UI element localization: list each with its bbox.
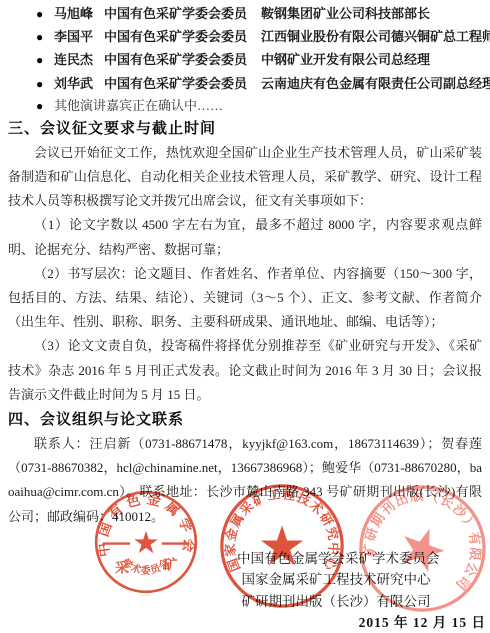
speaker-name: 李国平	[54, 25, 104, 48]
document-body: ● 马旭峰 中国有色采矿学委会委员 鞍钢集团矿业公司科技部部长 ● 李国平 中国…	[0, 0, 490, 529]
speaker-row: ● 刘华武 中国有色采矿学委会委员 云南迪庆有色金属有限责任公司副总经理	[8, 72, 482, 95]
seal-caikuang-committee: 中国有色金属学会 ★ 采 矿 学术委员会	[93, 489, 199, 595]
speaker-role: 中国有色采矿学委会委员	[104, 72, 247, 95]
star-icon: ★	[132, 525, 160, 561]
speaker-role: 中国有色采矿学委会委员	[104, 48, 247, 71]
speaker-note-row: ● 其他演讲嘉宾正在确认中……	[8, 95, 482, 116]
section3-paragraph-2: （1）论文字数以 4500 字左右为宜，最多不超过 8000 字，内容要求观点鲜…	[8, 213, 482, 261]
bullet-icon: ●	[36, 49, 54, 72]
speaker-name: 马旭峰	[54, 2, 104, 25]
speaker-title: 江西铜业股份有限公司德兴铜矿总工程师	[261, 25, 490, 48]
bullet-icon: ●	[36, 26, 54, 49]
speaker-note: 其他演讲嘉宾正在确认中……	[54, 95, 223, 116]
speaker-row: ● 马旭峰 中国有色采矿学委会委员 鞍钢集团矿业公司科技部部长	[8, 2, 482, 25]
seal-icon: 国家金属采矿工程技术研究中心 ★	[218, 482, 346, 610]
speaker-list: ● 马旭峰 中国有色采矿学委会委员 鞍钢集团矿业公司科技部部长 ● 李国平 中国…	[8, 2, 482, 116]
section3-paragraph-3: （2）书写层次：论文题目、作者姓名、作者单位、内容摘要（150～300 字，包括…	[8, 262, 482, 335]
star-icon: ★	[257, 514, 306, 578]
seal-icon: 矿研期刊出版（长沙）有限公司 ★	[357, 483, 488, 614]
section3-paragraph-1: 会议已开始征文工作，热忱欢迎全国矿山企业生产技术管理人员，矿山采矿装备制造和矿山…	[8, 141, 482, 214]
star-icon: ★	[387, 510, 457, 588]
speaker-row: ● 李国平 中国有色采矿学委会委员 江西铜业股份有限公司德兴铜矿总工程师	[8, 25, 482, 48]
section3-heading: 三、会议征文要求与截止时间	[8, 117, 482, 141]
speaker-name: 连民杰	[54, 48, 104, 71]
speaker-role: 中国有色采矿学委会委员	[104, 25, 247, 48]
seal-publisher: 矿研期刊出版（长沙）有限公司 ★	[357, 483, 488, 614]
speaker-title: 鞍钢集团矿业公司科技部部长	[261, 2, 430, 25]
speaker-role: 中国有色采矿学委会委员	[104, 2, 247, 25]
document-page: ● 马旭峰 中国有色采矿学委会委员 鞍钢集团矿业公司科技部部长 ● 李国平 中国…	[0, 0, 490, 633]
document-date: 2015 年 12 月 15 日	[359, 611, 486, 631]
seal-icon: 中国有色金属学会 ★ 采 矿 学术委员会	[93, 489, 199, 595]
speaker-name: 刘华武	[54, 72, 104, 95]
speaker-title: 中钢矿业开发有限公司总经理	[261, 48, 430, 71]
speaker-title: 云南迪庆有色金属有限责任公司副总经理	[261, 72, 490, 95]
section4-heading: 四、会议组织与论文联系	[8, 408, 482, 432]
bullet-icon: ●	[36, 73, 54, 96]
seal-research-center: 国家金属采矿工程技术研究中心 ★	[218, 482, 346, 610]
bullet-icon: ●	[36, 96, 54, 117]
section3-paragraph-4: （3）论文文责自负，投寄稿件将择优分别推荐至《矿业研究与开发》、《采矿技术》杂志…	[8, 334, 482, 407]
speaker-row: ● 连民杰 中国有色采矿学委会委员 中钢矿业开发有限公司总经理	[8, 48, 482, 71]
bullet-icon: ●	[36, 3, 54, 26]
